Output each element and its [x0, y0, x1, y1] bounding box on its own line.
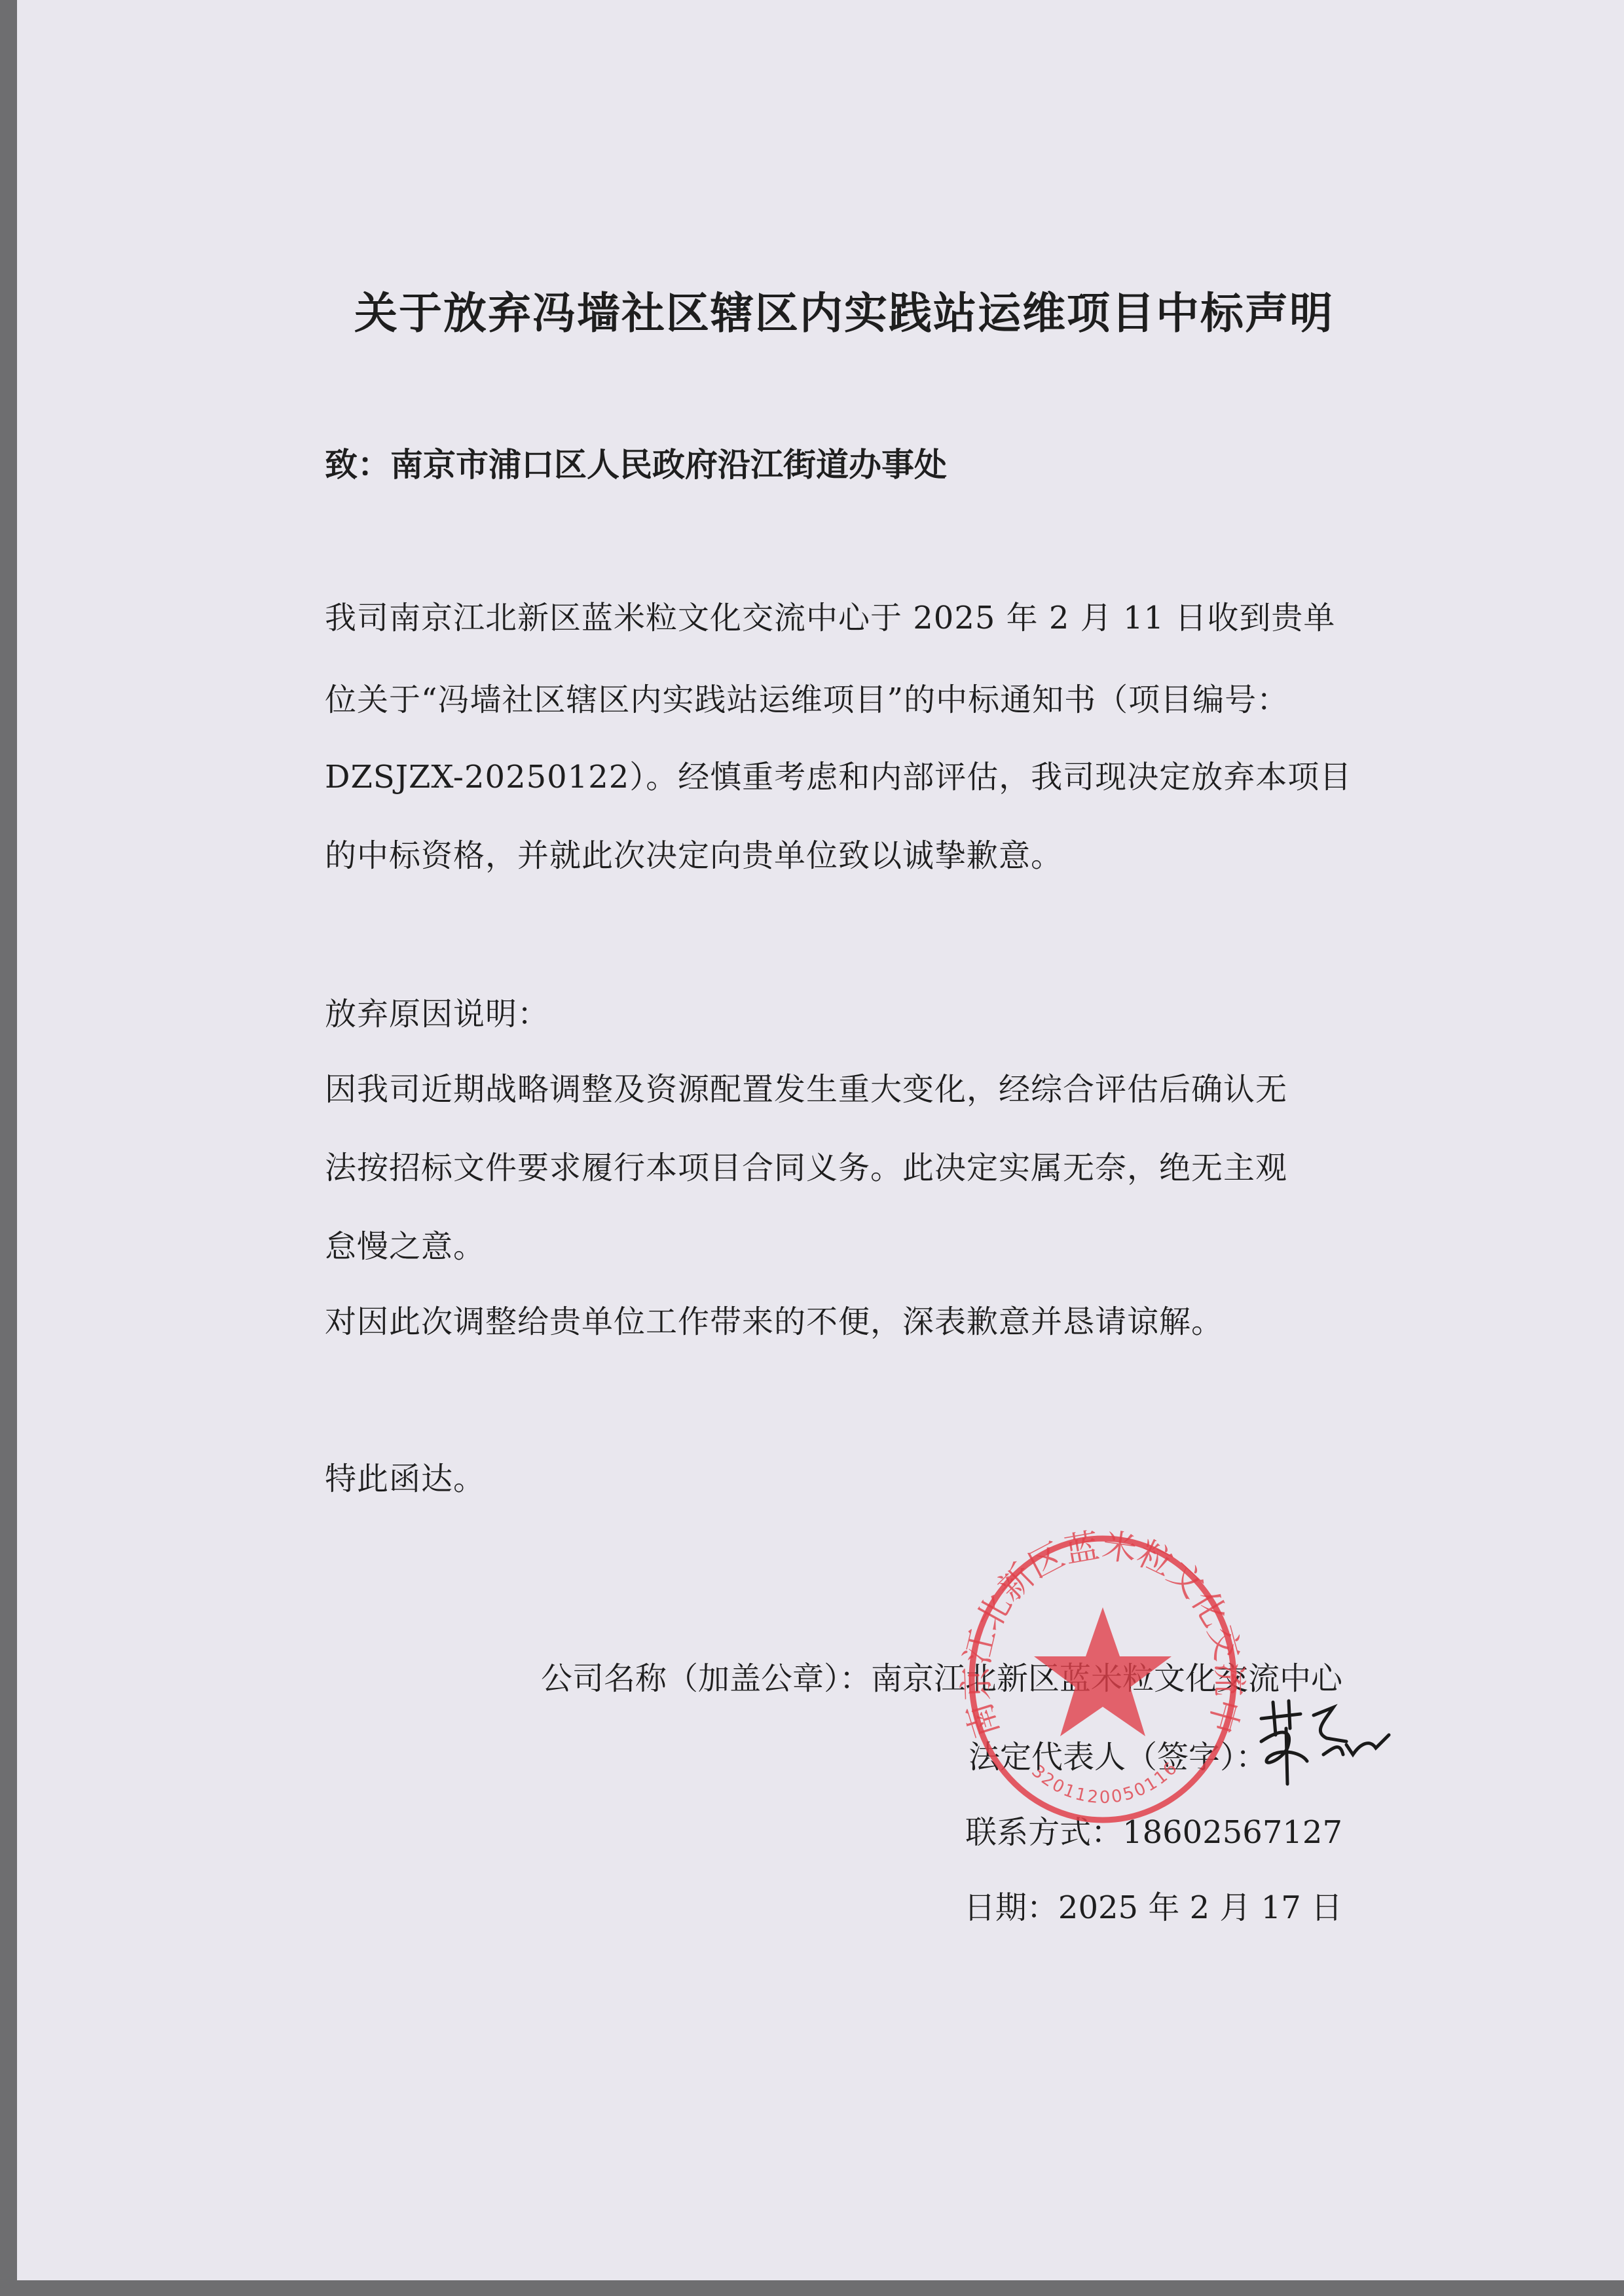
- paragraph-line: 的中标资格，并就此次决定向贵单位致以诚挚歉意。: [325, 830, 1063, 875]
- paragraph-line: DZSJZX-20250122）。经慎重考虑和内部评估，我司现决定放弃本项目: [325, 752, 1352, 797]
- contact-line: 联系方式：18602567127: [965, 1807, 1342, 1852]
- recipient-line: 致：南京市浦口区人民政府沿江街道办事处: [325, 439, 947, 486]
- paragraph-line: 我司南京江北新区蓝米粒文化交流中心于 2025 年 2 月 11 日收到贵单: [325, 592, 1335, 638]
- svg-text:南京江北新区蓝米粒文化交流中心: 南京江北新区蓝米粒文化交流中心: [959, 1525, 1247, 1742]
- reason-heading: 放弃原因说明：: [325, 989, 549, 1034]
- company-name-line: 公司名称（加盖公章）：南京江北新区蓝米粒文化交流中心: [541, 1653, 1342, 1698]
- signature-icon: [1248, 1689, 1399, 1787]
- legal-representative-line: 法定代表人（签字）：: [969, 1732, 1267, 1777]
- reason-line: 法按招标文件要求履行本项目合同义务。此决定实属无奈，绝无主观: [325, 1142, 1287, 1188]
- paragraph-line: 位关于“冯墙社区辖区内实践站运维项目”的中标通知书（项目编号：: [325, 674, 1289, 720]
- reason-line: 对因此次调整给贵单位工作带来的不便，深表歉意并恳请谅解。: [325, 1296, 1223, 1341]
- reason-line: 因我司近期战略调整及资源配置发生重大变化，经综合评估后确认无: [325, 1064, 1287, 1109]
- document-title: 关于放弃冯墙社区辖区内实践站运维项目中标声明: [354, 278, 1334, 340]
- closing-line: 特此函达。: [325, 1453, 485, 1499]
- date-line: 日期：2025 年 2 月 17 日: [964, 1882, 1342, 1927]
- reason-line: 怠慢之意。: [325, 1221, 485, 1266]
- document-page: 关于放弃冯墙社区辖区内实践站运维项目中标声明 致：南京市浦口区人民政府沿江街道办…: [17, 0, 1624, 2280]
